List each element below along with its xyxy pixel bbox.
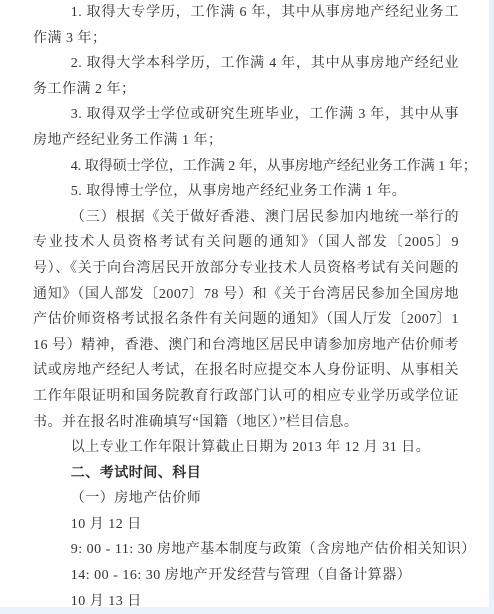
exam-session-morning: 9: 00 - 11: 30 房地产基本制度与政策（含房地产估价相关知识） [33,537,459,563]
exam-date-oct-13: 10 月 13 日 [33,589,459,607]
section-heading-exam-time-subjects: 二、考试时间、科目 [33,461,459,487]
exam-session-afternoon: 14: 00 - 16: 30 房地产开发经营与管理（自备计算器） [33,563,459,589]
paragraph-deadline: 以上专业工作年限计算截止日期为 2013 年 12 月 31 日。 [33,435,459,461]
document-page: 1. 取得大专学历，工作满 6 年，其中从事房地产经纪业务工作满 3 年； 2.… [0,0,489,607]
screenshot-root: { "page": { "surface_color": "#fefefe", … [0,0,494,614]
requirement-item-4: 4. 取得硕士学位，工作满 2 年，从事房地产经纪业务工作满 1 年； [33,154,459,180]
requirement-item-1: 1. 取得大专学历，工作满 6 年，其中从事房地产经纪业务工作满 3 年； [33,0,459,51]
requirement-item-3: 3. 取得双学士学位或研究生班毕业，工作满 3 年，其中从事房地产经纪业务工作满… [33,102,459,153]
paragraph-hk-mo-tw-policy: （三）根据《关于做好香港、澳门居民参加内地统一举行的专业技术人员资格考试有关问题… [33,205,459,435]
background-edge-right [489,0,494,614]
background-edge-bottom [0,607,494,614]
requirement-item-2: 2. 取得大学本科学历，工作满 4 年，其中从事房地产经纪业务工作满 2 年； [33,51,459,102]
requirement-item-5: 5. 取得博士学位，从事房地产经纪业务工作满 1 年。 [33,179,459,205]
subsection-appraiser: （一）房地产估价师 [33,486,459,512]
exam-date-oct-12: 10 月 12 日 [33,512,459,538]
